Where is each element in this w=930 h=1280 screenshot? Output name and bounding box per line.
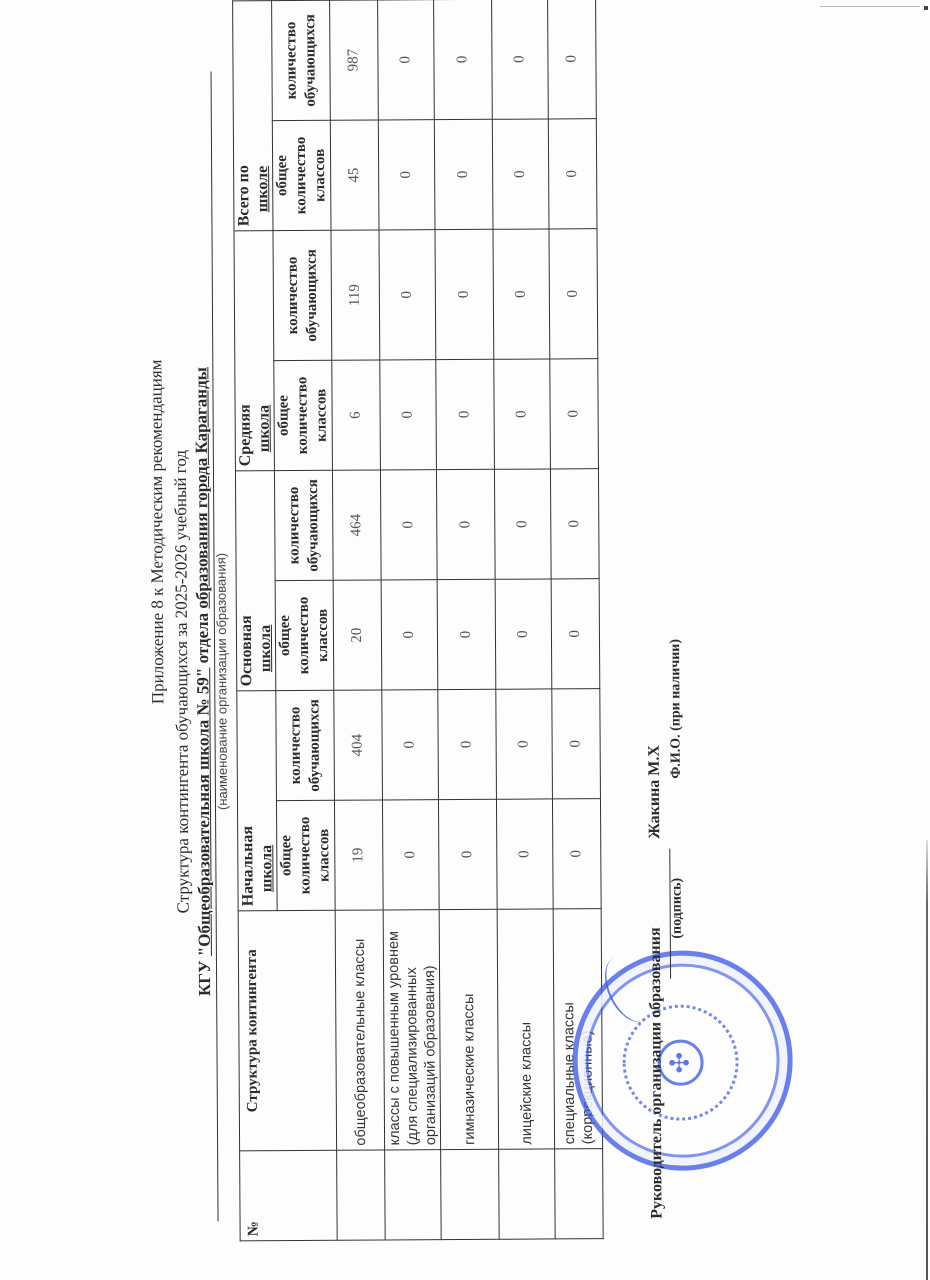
group-name: Средняя — [237, 404, 254, 466]
header-classes-count: общее количество классов — [276, 800, 335, 910]
students-count-cell: 0 — [436, 469, 495, 579]
signer-name: Жакина М.Х — [646, 745, 665, 839]
classes-count-cell: 0 — [496, 799, 553, 909]
group-name: Всего по — [235, 165, 252, 226]
header-classes-count: общее количество классов — [275, 580, 334, 690]
students-count-cell: 0 — [434, 0, 493, 120]
classes-count-cell: 0 — [551, 579, 600, 689]
header-group-secondary: Средняяшкола — [234, 231, 274, 471]
header-no: № — [240, 1150, 338, 1241]
classes-count-cell: 0 — [381, 580, 438, 690]
students-count-cell: 0 — [492, 0, 549, 119]
classes-count-cell: 0 — [548, 119, 597, 229]
header-classes-count: общее количество классов — [274, 360, 333, 470]
table-row: лицейские классы00000000 — [492, 0, 556, 1239]
group-name: Основная — [238, 615, 255, 686]
header-structure: Структура контингента — [238, 910, 336, 1151]
header-students-count: количество обучающихся — [272, 0, 331, 120]
row-number — [499, 1149, 556, 1239]
classes-count-cell: 0 — [550, 359, 599, 469]
classes-count-cell: 6 — [332, 360, 381, 470]
row-label: гимназические классы — [439, 909, 498, 1149]
row-label: лицейские классы — [497, 909, 554, 1149]
classes-count-cell: 0 — [380, 360, 437, 470]
students-count-cell: 0 — [496, 689, 553, 799]
row-number — [555, 1149, 604, 1239]
classes-count-cell: 20 — [333, 580, 382, 690]
classes-count-cell: 0 — [494, 359, 551, 469]
row-number — [385, 1150, 442, 1240]
group-sub: школа — [254, 235, 274, 466]
appendix-note: Приложение 8 к Методическим рекомендация… — [144, 32, 170, 1032]
students-count-cell: 404 — [334, 690, 383, 800]
table-row: гимназические классы00000000 — [434, 0, 500, 1240]
students-count-cell: 0 — [552, 689, 601, 799]
classes-count-cell: 0 — [436, 359, 495, 469]
students-count-cell: 0 — [548, 0, 597, 119]
classes-count-cell: 0 — [438, 799, 497, 909]
header-group-primary: Начальнаяшкола — [237, 691, 277, 911]
students-count-cell: 0 — [494, 469, 551, 579]
header-students-count: количество обучающихся — [273, 230, 332, 360]
group-sub: школа — [255, 475, 275, 686]
students-count-cell: 0 — [379, 230, 436, 360]
org-name: "Общеобразовательная школа № 59" — [193, 668, 214, 957]
students-count-cell: 0 — [438, 689, 497, 799]
classes-count-cell: 0 — [378, 120, 435, 230]
students-count-cell: 0 — [382, 690, 439, 800]
students-count-cell: 0 — [493, 229, 550, 359]
group-name: Начальная — [239, 826, 256, 906]
table-body: общеобразовательные классы19404204646119… — [330, 0, 604, 1240]
signature-hint: (подпись) — [669, 878, 685, 939]
students-count-cell: 0 — [550, 469, 599, 579]
students-count-cell: 0 — [378, 0, 435, 120]
classes-count-cell: 0 — [492, 119, 549, 229]
group-sub: школе — [252, 5, 272, 226]
row-number — [337, 1150, 386, 1240]
classes-count-cell: 0 — [552, 799, 601, 909]
document-sheet: Приложение 8 к Методическим рекомендация… — [0, 0, 930, 1280]
header-students-count: количество обучающихся — [274, 470, 333, 580]
students-count-cell: 119 — [331, 230, 380, 360]
students-count-cell: 0 — [435, 229, 494, 359]
students-count-cell: 0 — [380, 470, 437, 580]
row-label: классы с повышенным уровнем (для специал… — [383, 910, 440, 1150]
org-middle: отдела — [193, 609, 212, 668]
classes-count-cell: 0 — [434, 119, 493, 229]
group-sub: школа — [256, 695, 276, 906]
students-count-cell: 0 — [549, 229, 598, 359]
table-row: общеобразовательные классы19404204646119… — [330, 0, 386, 1240]
header-classes-count: общее количество классов — [272, 120, 331, 230]
contingent-table: № Структура контингента Начальнаяшкола О… — [232, 0, 604, 1241]
signer-name-hint: Ф.И.О. (при наличии) — [668, 639, 685, 779]
header-students-count: количество обучающихся — [276, 690, 335, 800]
classes-count-cell: 0 — [382, 800, 439, 910]
header-group-total: Всего пошколе — [233, 1, 273, 231]
students-count-cell: 464 — [332, 470, 381, 580]
classes-count-cell: 0 — [437, 579, 496, 689]
classes-count-cell: 0 — [495, 579, 552, 689]
table-row: классы с повышенным уровнем (для специал… — [378, 0, 442, 1240]
classes-count-cell: 19 — [334, 800, 383, 910]
signer-role: Руководитель организации образования — [647, 927, 667, 1219]
header-group-basic: Основнаяшкола — [235, 471, 275, 691]
students-count-cell: 987 — [330, 0, 379, 120]
row-number — [441, 1149, 500, 1239]
row-label: общеобразовательные классы — [335, 910, 384, 1150]
classes-count-cell: 45 — [330, 120, 379, 230]
org-prefix: КГУ — [195, 956, 214, 996]
org-suffix: образования города Караганды — [191, 367, 211, 609]
